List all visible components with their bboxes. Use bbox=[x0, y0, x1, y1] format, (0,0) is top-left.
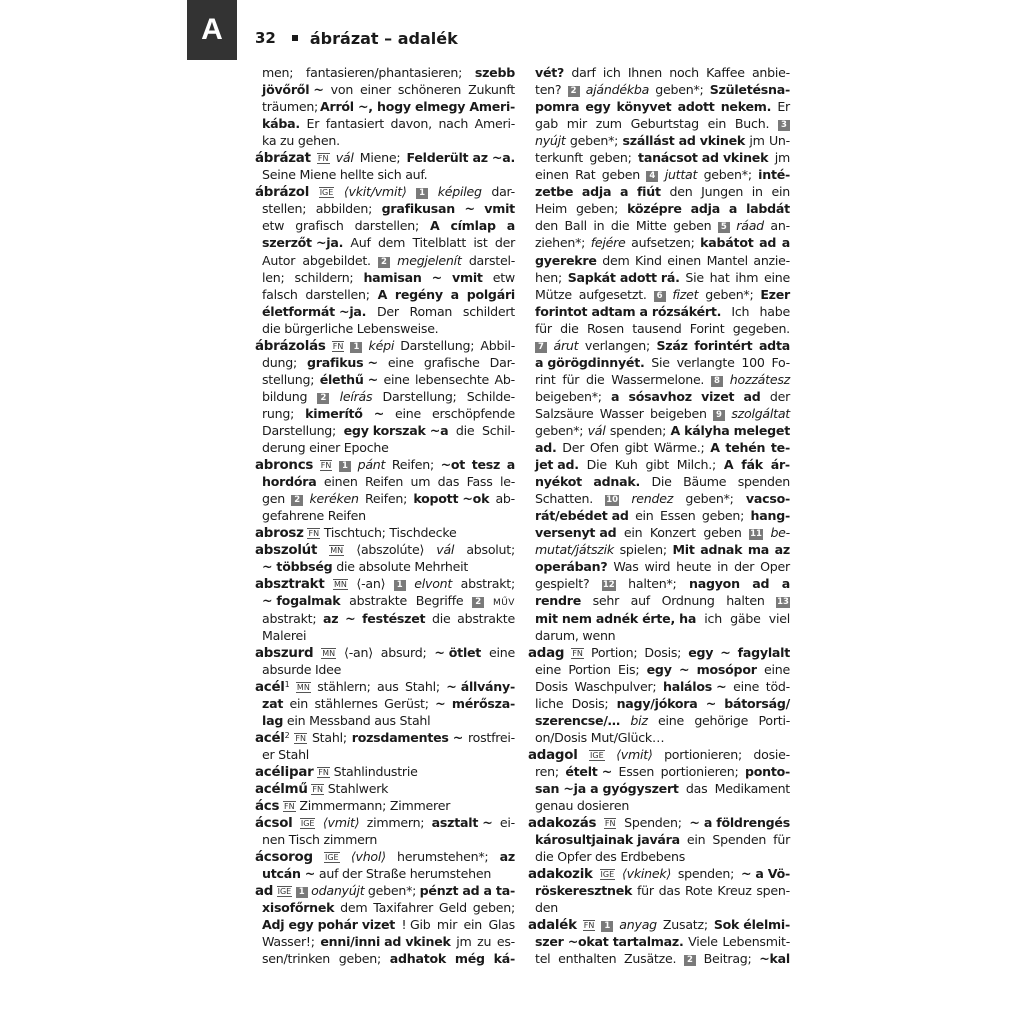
pos-label: IGE bbox=[300, 818, 316, 829]
entry-line: rung;kimerítő~eineerschöpfende bbox=[255, 405, 515, 422]
text: darstellen; bbox=[355, 218, 419, 233]
word-group: ich bbox=[603, 64, 621, 81]
word-group: be- bbox=[770, 524, 790, 541]
bold-phrase: A bbox=[378, 287, 388, 302]
word-group: spenden; bbox=[678, 865, 734, 882]
word-group: noch bbox=[669, 64, 699, 81]
text: absolut; bbox=[466, 542, 515, 557]
sense-number-box: 7 bbox=[535, 342, 547, 353]
entry-headline: adIGE1odanyújtgeben*;pénzt ad a ta- bbox=[255, 882, 515, 899]
pos-label: IGE bbox=[277, 886, 293, 897]
word-group: az bbox=[323, 610, 338, 627]
bold-phrase: az bbox=[775, 542, 790, 557]
word-group: darstel- bbox=[469, 252, 515, 269]
word-group: in bbox=[717, 558, 728, 575]
text: Reifen; bbox=[392, 457, 434, 472]
bold-phrase: a görögdinnyét. bbox=[535, 355, 645, 370]
word-group: Adj egy pohár vizet bbox=[262, 916, 395, 933]
bold-phrase: adta bbox=[759, 338, 790, 353]
word-group: gäbe bbox=[730, 610, 760, 627]
bold-phrase: asztalt ~ bbox=[432, 815, 493, 830]
text: anzie- bbox=[753, 253, 790, 268]
text: men; bbox=[262, 65, 293, 80]
entry-line: röskeresztnekfürdasRoteKreuzspen- bbox=[528, 882, 790, 899]
word-group: Dosis bbox=[535, 678, 568, 695]
word-group: darstellen; bbox=[305, 286, 369, 303]
entry-line: träumen;Arról ~, hogy elmegy Ameri- bbox=[255, 98, 515, 115]
word-group: Buch. bbox=[735, 115, 769, 132]
tab-letter: A bbox=[201, 13, 223, 47]
text: jm bbox=[456, 934, 471, 949]
word-group: IGE bbox=[589, 746, 605, 763]
text: die bbox=[586, 372, 605, 387]
bold-phrase: ad. bbox=[535, 440, 557, 455]
word-group: FN bbox=[294, 729, 307, 746]
entry-line: károsultjainak javáraeinSpendenfür bbox=[528, 831, 790, 848]
text: terkunft bbox=[535, 150, 583, 165]
bold-phrase: könyvet bbox=[617, 99, 672, 114]
bold-phrase: forintért bbox=[694, 338, 752, 353]
word-group: 9 bbox=[713, 405, 725, 422]
bold-phrase: utcán ~ bbox=[262, 866, 315, 881]
text: Kaffee bbox=[706, 65, 745, 80]
word-group: kába. bbox=[262, 115, 300, 132]
word-group: fantasiert bbox=[326, 115, 384, 132]
word-group: adnak bbox=[700, 541, 742, 558]
text: gibt bbox=[645, 457, 668, 472]
word-group: Spenden bbox=[712, 831, 766, 848]
entry-headline: adakozásFNSpenden;~ a földrengés bbox=[528, 814, 790, 831]
word-group: aus bbox=[377, 678, 399, 695]
bold-phrase: rát/ebédet ad bbox=[535, 508, 629, 523]
word-group: gespielt? bbox=[535, 575, 589, 592]
text: Fass bbox=[467, 474, 493, 489]
sense-number-box: 2 bbox=[317, 393, 329, 404]
text: geben bbox=[602, 167, 640, 182]
bold-phrase: ~ot bbox=[441, 457, 465, 472]
bold-phrase: ételt ~ bbox=[565, 764, 612, 779]
word-group: davon, bbox=[391, 115, 432, 132]
word-group: abrosz bbox=[255, 524, 307, 541]
text: für bbox=[637, 883, 654, 898]
word-group: mutat/játszik bbox=[535, 541, 614, 558]
word-group: wird bbox=[644, 558, 670, 575]
word-group: spen- bbox=[756, 882, 790, 899]
word-group: geben; bbox=[576, 200, 618, 217]
text: Sie bbox=[685, 270, 704, 285]
word-group: träumen; bbox=[262, 98, 318, 115]
word-group: Zukunft bbox=[468, 81, 515, 98]
italic-label: hozzátesz bbox=[730, 372, 790, 387]
headword: abszolút bbox=[255, 543, 317, 558]
bold-phrase: A bbox=[710, 440, 720, 455]
word-group: árut bbox=[554, 337, 579, 354]
text: anbie- bbox=[752, 65, 790, 80]
text: on/Dosis Mut/Glück… bbox=[535, 730, 664, 745]
bold-phrase: operában? bbox=[535, 559, 607, 574]
bold-phrase: bátorság/ bbox=[724, 696, 790, 711]
entry-line: nyékotadnak.DieBäumespenden bbox=[528, 473, 790, 490]
sense-number-box: 11 bbox=[749, 529, 763, 540]
word-group: 7 bbox=[535, 337, 547, 354]
text: spenden; bbox=[610, 423, 666, 438]
word-group: röskeresztnek bbox=[535, 882, 632, 899]
word-group: ~ ötlet bbox=[434, 644, 481, 661]
word-group: Salzsäure bbox=[535, 405, 593, 422]
word-group: Der bbox=[377, 303, 399, 320]
word-group: adhatok bbox=[390, 950, 446, 967]
word-group: Dosis; bbox=[572, 695, 609, 712]
text: gefahrene Reifen bbox=[262, 508, 366, 523]
bold-phrase: gyerekre bbox=[535, 253, 597, 268]
entry-line: absurde Idee bbox=[255, 661, 515, 678]
word-group: portionieren; bbox=[661, 763, 739, 780]
word-group: hamisan bbox=[363, 269, 421, 286]
text: falsch bbox=[262, 287, 298, 302]
word-group: szerzőt ~ja. bbox=[262, 234, 343, 251]
text: Miene; bbox=[360, 150, 401, 165]
text: Der bbox=[562, 440, 584, 455]
bold-phrase: mit nem adnék érte, ha bbox=[535, 611, 696, 626]
text: Was bbox=[613, 559, 638, 574]
text: rint bbox=[535, 372, 556, 387]
word-group: MN bbox=[321, 644, 336, 661]
text: ihm bbox=[735, 270, 758, 285]
entry-line: jet ad.DieKuhgibtMilch.;Afákár- bbox=[528, 456, 790, 473]
word-group: a bbox=[782, 575, 790, 592]
entry-line: zetbeadjaafiútdenJungeninein bbox=[528, 183, 790, 200]
bold-phrase: nyékot bbox=[535, 474, 582, 489]
bold-phrase: halálos ~ bbox=[663, 679, 726, 694]
text: Forint bbox=[690, 321, 725, 336]
word-group: ráad bbox=[736, 217, 764, 234]
word-group: hat bbox=[710, 269, 730, 286]
text: geben*; bbox=[704, 167, 752, 182]
word-group: falsch bbox=[262, 286, 298, 303]
text: Schil- bbox=[482, 423, 515, 438]
bold-phrase: az bbox=[500, 849, 515, 864]
word-group: acél2 bbox=[255, 729, 290, 746]
word-group: pomra bbox=[535, 98, 579, 115]
word-group: Darstellung; bbox=[262, 422, 336, 439]
word-group: forintot adtam a rózsákért. bbox=[535, 303, 721, 320]
entry-line: ~ fogalmakabstrakteBegriffe2MŰV bbox=[255, 592, 515, 609]
word-group: den bbox=[535, 899, 558, 916]
word-group: für bbox=[535, 320, 552, 337]
entry-line: jövőről ~voneinerschönerenZukunft bbox=[255, 81, 515, 98]
word-group: halten bbox=[726, 592, 764, 609]
word-group: adagol bbox=[528, 746, 578, 763]
word-group: vál bbox=[436, 541, 454, 558]
word-group: Miene; bbox=[360, 149, 401, 166]
word-group: abbilden; bbox=[316, 200, 372, 217]
word-group: ad bbox=[744, 388, 761, 405]
left-column: men;fantasieren/phantasieren;szebbjövőrő… bbox=[255, 64, 515, 967]
text: die bbox=[432, 611, 451, 626]
word-group: heute bbox=[676, 558, 711, 575]
word-group: az bbox=[775, 541, 790, 558]
sense-number-box: 1 bbox=[601, 921, 613, 932]
bold-phrase: nagyon bbox=[689, 576, 740, 591]
word-group: adta bbox=[759, 337, 790, 354]
text: für bbox=[773, 832, 790, 847]
word-group: ételt ~ bbox=[565, 763, 612, 780]
text: Stahl; bbox=[405, 679, 440, 694]
word-group: aufsetzen; bbox=[631, 234, 694, 251]
word-group: Heim bbox=[535, 200, 567, 217]
word-group: abszolút bbox=[255, 541, 317, 558]
entry-line: einePortionEis;egy~mosóporeine bbox=[528, 661, 790, 678]
word-group: geben*; bbox=[368, 882, 416, 899]
pos-label: FN bbox=[311, 784, 324, 795]
word-group: Mantel bbox=[707, 252, 748, 269]
sense-number-box: 1 bbox=[394, 580, 406, 591]
text: Gerüst; bbox=[384, 696, 429, 711]
entry-headline: adagolIGE⟨vmit⟩portionieren;dosie- bbox=[528, 746, 790, 763]
text: für bbox=[562, 372, 579, 387]
word-group: szer ~okat tartalmaz. bbox=[535, 933, 684, 950]
text: spenden; bbox=[678, 866, 734, 881]
word-group: mosópor bbox=[697, 661, 757, 678]
word-group: ~ bbox=[464, 200, 474, 217]
word-group: középre bbox=[627, 200, 682, 217]
text: das bbox=[686, 781, 708, 796]
text: eine bbox=[383, 372, 409, 387]
word-group: rung; bbox=[262, 405, 294, 422]
domain-label: MŰV bbox=[493, 598, 515, 608]
word-group: anyag bbox=[619, 916, 657, 933]
word-group: egy bbox=[688, 644, 713, 661]
text: Wärme.; bbox=[654, 440, 705, 455]
word-group: Wärme.; bbox=[654, 439, 705, 456]
text: Stahlwerk bbox=[328, 781, 388, 796]
text: einen bbox=[535, 167, 569, 182]
word-group: FN bbox=[307, 524, 323, 541]
text: Stahlindustrie bbox=[334, 764, 418, 779]
word-group: 3 bbox=[778, 115, 790, 132]
word-group: Rosen bbox=[587, 320, 624, 337]
text: stellen; bbox=[262, 201, 306, 216]
text: geben*; bbox=[655, 82, 703, 97]
word-group: enni/inni ad vkinek bbox=[320, 933, 450, 950]
entry-line: ad.DerOfengibtWärme.;Atehénte- bbox=[528, 439, 790, 456]
word-group: Essen bbox=[660, 507, 696, 524]
word-group: Száz bbox=[656, 337, 687, 354]
word-group: ad bbox=[255, 882, 273, 899]
entry-line: életformát ~ja.DerRomanschildert bbox=[255, 303, 515, 320]
word-group: der bbox=[495, 234, 515, 251]
entry-line: die bürgerliche Lebensweise. bbox=[255, 320, 515, 337]
word-group: habe bbox=[760, 303, 790, 320]
word-group: ad. bbox=[535, 439, 557, 456]
bold-phrase: A bbox=[724, 457, 734, 472]
word-group: élethű ~ bbox=[320, 371, 378, 388]
word-group: geben*; bbox=[705, 286, 753, 303]
right-column: vét?darfichIhnennochKaffeeanbie-ten?2ajá… bbox=[528, 64, 790, 967]
word-group: ács bbox=[255, 797, 283, 814]
word-group: zu bbox=[477, 933, 491, 950]
text: verlangen; bbox=[585, 338, 650, 353]
text: zum bbox=[596, 116, 622, 131]
bold-phrase: ~ a Vö- bbox=[741, 866, 790, 881]
text: ist bbox=[473, 235, 487, 250]
word-group: adakozás bbox=[528, 814, 596, 831]
word-group: jövőről ~ bbox=[262, 81, 324, 98]
word-group: vizet bbox=[701, 388, 734, 405]
bold-phrase: fiút bbox=[637, 184, 661, 199]
entry-line: len;schildern;hamisan~vmitetw bbox=[255, 269, 515, 286]
word-group: 2 bbox=[378, 252, 390, 269]
bold-phrase: versenyt ad bbox=[535, 525, 616, 540]
text: Dosis bbox=[535, 679, 568, 694]
word-group: mir bbox=[567, 115, 587, 132]
pos-label: FN bbox=[571, 648, 584, 659]
entry-headline: acél1MNstählern;ausStahl;~ állvány- bbox=[255, 678, 515, 695]
sense-number-box: 4 bbox=[646, 171, 658, 182]
word-group: 4 bbox=[646, 166, 658, 183]
word-group: der bbox=[734, 558, 754, 575]
word-group: grafikusan bbox=[382, 200, 455, 217]
word-group: Gerüst; bbox=[384, 695, 429, 712]
word-group: ⟨abszolúte⟩ bbox=[356, 541, 424, 558]
headword: ábrázat bbox=[255, 151, 311, 166]
entry-line: terkunftgeben;tanácsot ad vkinekjm bbox=[528, 149, 790, 166]
word-group: Kaffee bbox=[706, 64, 745, 81]
word-group: tausend bbox=[632, 320, 681, 337]
word-group: halálos ~ bbox=[663, 678, 726, 695]
word-group: acél1 bbox=[255, 678, 290, 695]
word-group: Porti- bbox=[758, 712, 790, 729]
bold-phrase: a bbox=[782, 235, 790, 250]
word-group: Oper bbox=[760, 558, 790, 575]
text: absurde Idee bbox=[262, 662, 341, 677]
entry-headline: ácsolIGE⟨vmit⟩zimmern;asztalt ~ei- bbox=[255, 814, 515, 831]
entry-line: ten?2ajándékbageben*;Születésna- bbox=[528, 81, 790, 98]
bold-phrase: ad bbox=[744, 389, 761, 404]
entry-line: nen Tisch zimmern bbox=[255, 831, 515, 848]
word-group: Wasser bbox=[600, 405, 644, 422]
text: ! Gib bbox=[401, 917, 430, 932]
word-group: Konzert bbox=[650, 524, 696, 541]
word-group: FN bbox=[332, 337, 345, 354]
word-group: ein bbox=[687, 831, 705, 848]
word-group: vál bbox=[588, 422, 606, 439]
pos-label: FN bbox=[583, 920, 596, 931]
entry-line: telenthaltenZusätze.2Beitrag;~kal bbox=[528, 950, 790, 967]
italic-label: ráad bbox=[736, 218, 764, 233]
text: stellung; bbox=[262, 372, 314, 387]
italic-label: szolgáltat bbox=[731, 406, 790, 421]
word-group: ziehen*; bbox=[535, 234, 585, 251]
word-group: geben; bbox=[589, 149, 631, 166]
word-group: ⟨vmit⟩ bbox=[323, 814, 359, 831]
bold-phrase: ~ bbox=[679, 662, 689, 677]
text: dosie- bbox=[753, 747, 790, 762]
entry-line: vét?darfichIhnennochKaffeeanbie- bbox=[528, 64, 790, 81]
word-group: für bbox=[637, 882, 654, 899]
word-group: ein bbox=[708, 115, 726, 132]
bold-phrase: xisofőrnek bbox=[262, 900, 334, 915]
text: hen; bbox=[535, 270, 562, 285]
text: verlangte bbox=[677, 355, 735, 370]
word-group: gehörige bbox=[694, 712, 748, 729]
word-group: bildung bbox=[262, 388, 307, 405]
text: die Opfer des Erdbebens bbox=[535, 849, 685, 864]
bold-phrase: ~ a földrengés bbox=[689, 815, 790, 830]
text: träumen; bbox=[262, 99, 318, 114]
word-group: jm bbox=[456, 933, 471, 950]
bold-phrase: ~ bbox=[345, 611, 355, 626]
word-group: sósavhoz bbox=[629, 388, 692, 405]
bold-phrase: ~kal bbox=[759, 951, 790, 966]
italic-label: ⟨vmit⟩ bbox=[323, 815, 359, 830]
text: Lebensmit- bbox=[722, 934, 790, 949]
text: habe bbox=[760, 304, 790, 319]
word-group: rát/ebédet ad bbox=[535, 507, 629, 524]
text: geben; bbox=[589, 150, 631, 165]
bold-phrase: tanácsot ad vkinek bbox=[638, 150, 768, 165]
word-group: ~ bbox=[432, 269, 442, 286]
word-group: Was bbox=[613, 558, 638, 575]
text: dem bbox=[602, 253, 629, 268]
word-group: lag bbox=[262, 712, 287, 729]
word-group: ~ fogalmak bbox=[262, 592, 340, 609]
word-group: geben bbox=[673, 217, 711, 234]
text: grafische bbox=[424, 355, 480, 370]
pos-label: FN bbox=[307, 528, 320, 539]
text: schildern; bbox=[295, 270, 354, 285]
bold-phrase: Mit bbox=[672, 542, 694, 557]
word-group: ká- bbox=[494, 950, 515, 967]
homonym-index: 2 bbox=[285, 731, 290, 740]
word-group: 10 bbox=[605, 490, 619, 507]
italic-label: rendez bbox=[631, 491, 673, 506]
word-group: utcán ~ bbox=[262, 865, 319, 882]
bold-phrase: ~ többség bbox=[262, 559, 332, 574]
text: Mitte bbox=[636, 218, 667, 233]
bold-phrase: ma bbox=[748, 542, 769, 557]
bold-phrase: a bbox=[507, 218, 515, 233]
word-group: Taxifahrer bbox=[373, 899, 433, 916]
word-group: absurde Idee bbox=[262, 661, 341, 678]
entry-headline: ábrázolIGE⟨vkit/vmit⟩1képilegdar- bbox=[255, 183, 515, 200]
text: stählernes bbox=[314, 696, 377, 711]
entry-line: ka zu gehen. bbox=[255, 132, 515, 149]
bold-phrase: Ezer bbox=[760, 287, 790, 302]
entry-line: die Opfer des Erdbebens bbox=[528, 848, 790, 865]
word-group: grafikus ~ bbox=[307, 354, 378, 371]
text: in bbox=[593, 218, 604, 233]
word-group: Ihnen bbox=[628, 64, 662, 81]
entry-line: xisofőrnekdemTaxifahrerGeldgeben; bbox=[255, 899, 515, 916]
word-group: Un- bbox=[769, 132, 790, 149]
text: Wasser bbox=[600, 406, 644, 421]
headword: adalék bbox=[528, 918, 577, 933]
word-group: spenden bbox=[738, 473, 790, 490]
entry-headline: abrosz FN Tischtuch; Tischdecke bbox=[255, 524, 515, 541]
word-group: Stahlindustrie bbox=[334, 763, 418, 780]
bold-phrase: életformát ~ja. bbox=[262, 304, 366, 319]
word-group: ⟨vkinek⟩ bbox=[622, 865, 671, 882]
word-group: ma bbox=[748, 541, 769, 558]
text: ab- bbox=[495, 491, 515, 506]
word-group: geben; bbox=[473, 899, 515, 916]
letter-thumb-tab: A bbox=[187, 0, 237, 60]
bold-phrase: kabátot bbox=[700, 235, 753, 250]
word-group: Abbil- bbox=[480, 337, 515, 354]
word-group: sehr bbox=[593, 592, 619, 609]
word-group: dung; bbox=[262, 354, 297, 371]
